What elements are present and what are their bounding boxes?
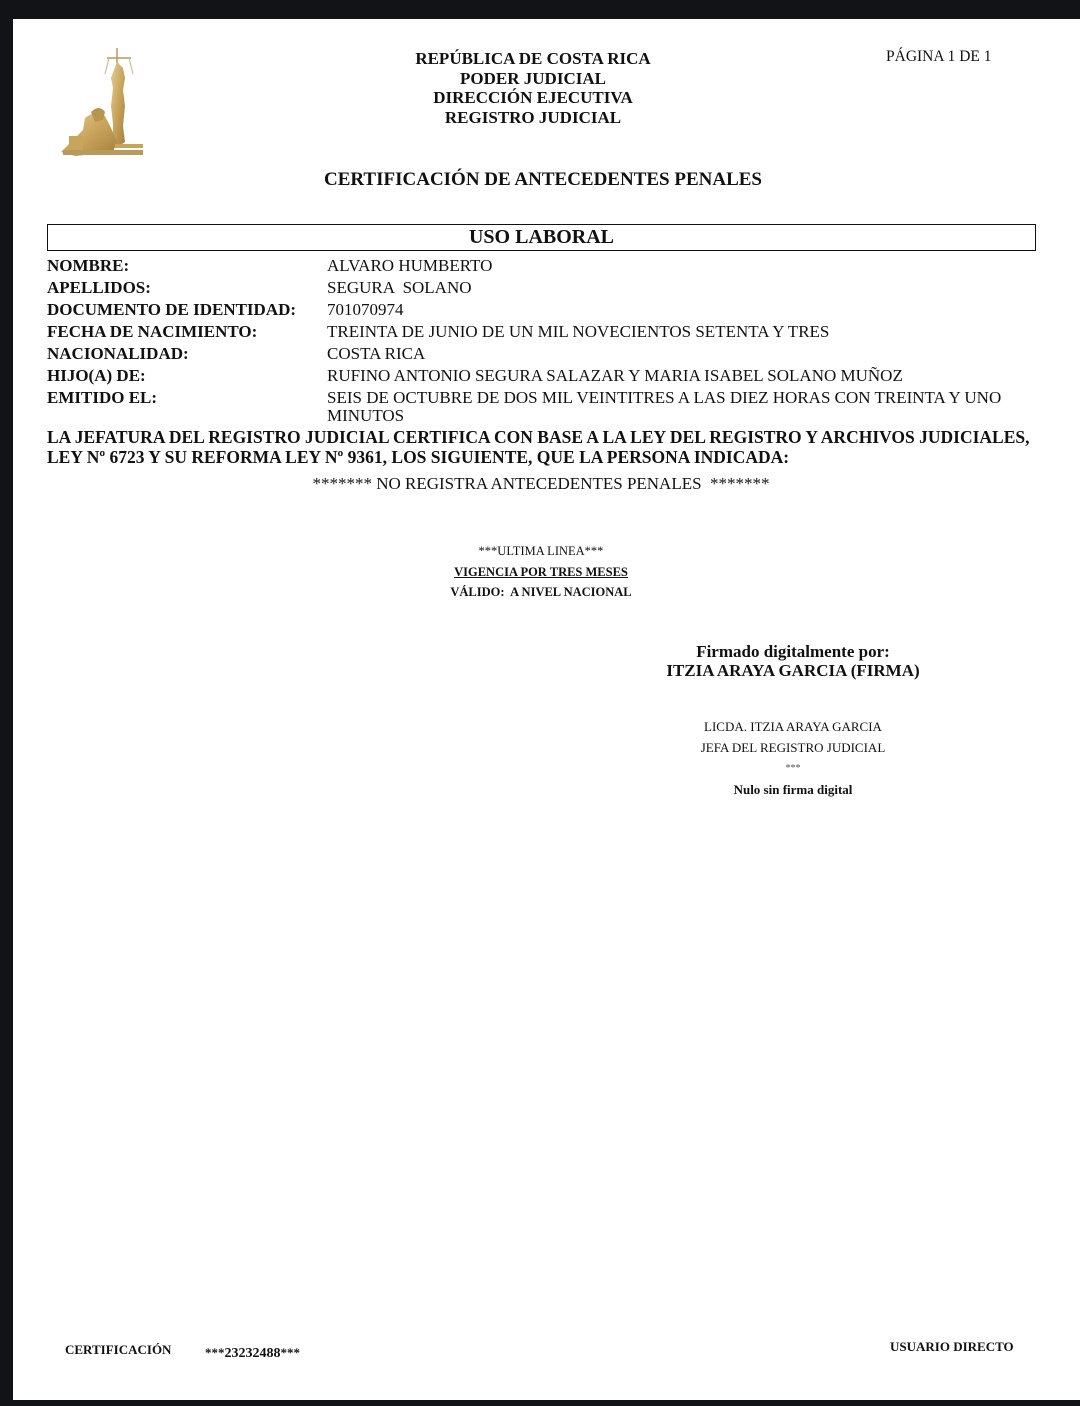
field-nombre: NOMBRE: ALVARO HUMBERTO [47,255,1047,277]
field-value: SEGURA SOLANO [327,277,1047,299]
signatory-role: JEFA DEL REGISTRO JUDICIAL [633,737,953,758]
signer-name: ITZIA ARAYA GARCIA (FIRMA) [633,661,953,680]
vigencia-note: VIGENCIA POR TRES MESES [13,562,1069,583]
field-label: EMITIDO EL: [47,387,327,425]
footer-user-type: USUARIO DIRECTO [890,1339,1014,1355]
personal-data-fields: NOMBRE: ALVARO HUMBERTO APELLIDOS: SEGUR… [47,255,1047,425]
field-fecha-nacimiento: FECHA DE NACIMIENTO: TREINTA DE JUNIO DE… [47,321,1047,343]
document-title: CERTIFICACIÓN DE ANTECEDENTES PENALES [13,169,1073,191]
header-line-poder-judicial: PODER JUDICIAL [333,69,733,89]
certification-statement: LA JEFATURA DEL REGISTRO JUDICIAL CERTIF… [47,427,1047,467]
field-documento: DOCUMENTO DE IDENTIDAD: 701070974 [47,299,1047,321]
header-line-registro: REGISTRO JUDICIAL [333,108,733,128]
field-label: NACIONALIDAD: [47,343,327,365]
field-label: DOCUMENTO DE IDENTIDAD: [47,299,327,321]
field-value: RUFINO ANTONIO SEGURA SALAZAR Y MARIA IS… [327,365,1047,387]
ultima-linea: ***ULTIMA LINEA*** [13,541,1069,562]
cert-number: 23232488 [225,1346,281,1361]
field-apellidos: APELLIDOS: SEGURA SOLANO [47,277,1047,299]
field-label: HIJO(A) DE: [47,365,327,387]
field-value: ALVARO HUMBERTO [327,255,1047,277]
justice-statue-logo-icon [55,46,155,158]
signatory-block: LICDA. ITZIA ARAYA GARCIA JEFA DEL REGIS… [633,716,953,800]
signed-by-label: Firmado digitalmente por: [633,642,953,661]
field-hijo-de: HIJO(A) DE: RUFINO ANTONIO SEGURA SALAZA… [47,365,1047,387]
closing-block: ***ULTIMA LINEA*** VIGENCIA POR TRES MES… [13,541,1069,603]
field-value: COSTA RICA [327,343,1047,365]
header-line-direccion: DIRECCIÓN EJECUTIVA [333,88,733,108]
document-page: REPÚBLICA DE COSTA RICA PODER JUDICIAL D… [13,19,1080,1400]
field-nacionalidad: NACIONALIDAD: COSTA RICA [47,343,1047,365]
field-value: SEIS DE OCTUBRE DE DOS MIL VEINTITRES A … [327,387,1047,425]
field-label: APELLIDOS: [47,277,327,299]
cert-suffix: *** [281,1345,301,1360]
validity-note: VÁLIDO: A NIVEL NACIONAL [13,582,1069,603]
header-line-republica: REPÚBLICA DE COSTA RICA [333,49,733,69]
field-label: FECHA DE NACIMIENTO: [47,321,327,343]
record-result: ******* NO REGISTRA ANTECEDENTES PENALES… [13,474,1069,494]
cert-prefix: *** [205,1345,225,1360]
field-value: 701070974 [327,299,1047,321]
nulo-note: Nulo sin firma digital [633,779,953,800]
field-value: TREINTA DE JUNIO DE UN MIL NOVECIENTOS S… [327,321,1047,343]
field-emitido: EMITIDO EL: SEIS DE OCTUBRE DE DOS MIL V… [47,387,1047,425]
page-indicator: PÁGINA 1 DE 1 [886,48,992,66]
field-label: NOMBRE: [47,255,327,277]
footer-cert-label: CERTIFICACIÓN [65,1342,171,1358]
institution-header: REPÚBLICA DE COSTA RICA PODER JUDICIAL D… [333,49,733,127]
digital-signature: Firmado digitalmente por: ITZIA ARAYA GA… [633,642,953,680]
signatory-name: LICDA. ITZIA ARAYA GARCIA [633,716,953,737]
separator-stars: *** [633,758,953,779]
footer-cert-number: ***23232488*** [205,1345,300,1362]
usage-banner: USO LABORAL [47,224,1036,251]
